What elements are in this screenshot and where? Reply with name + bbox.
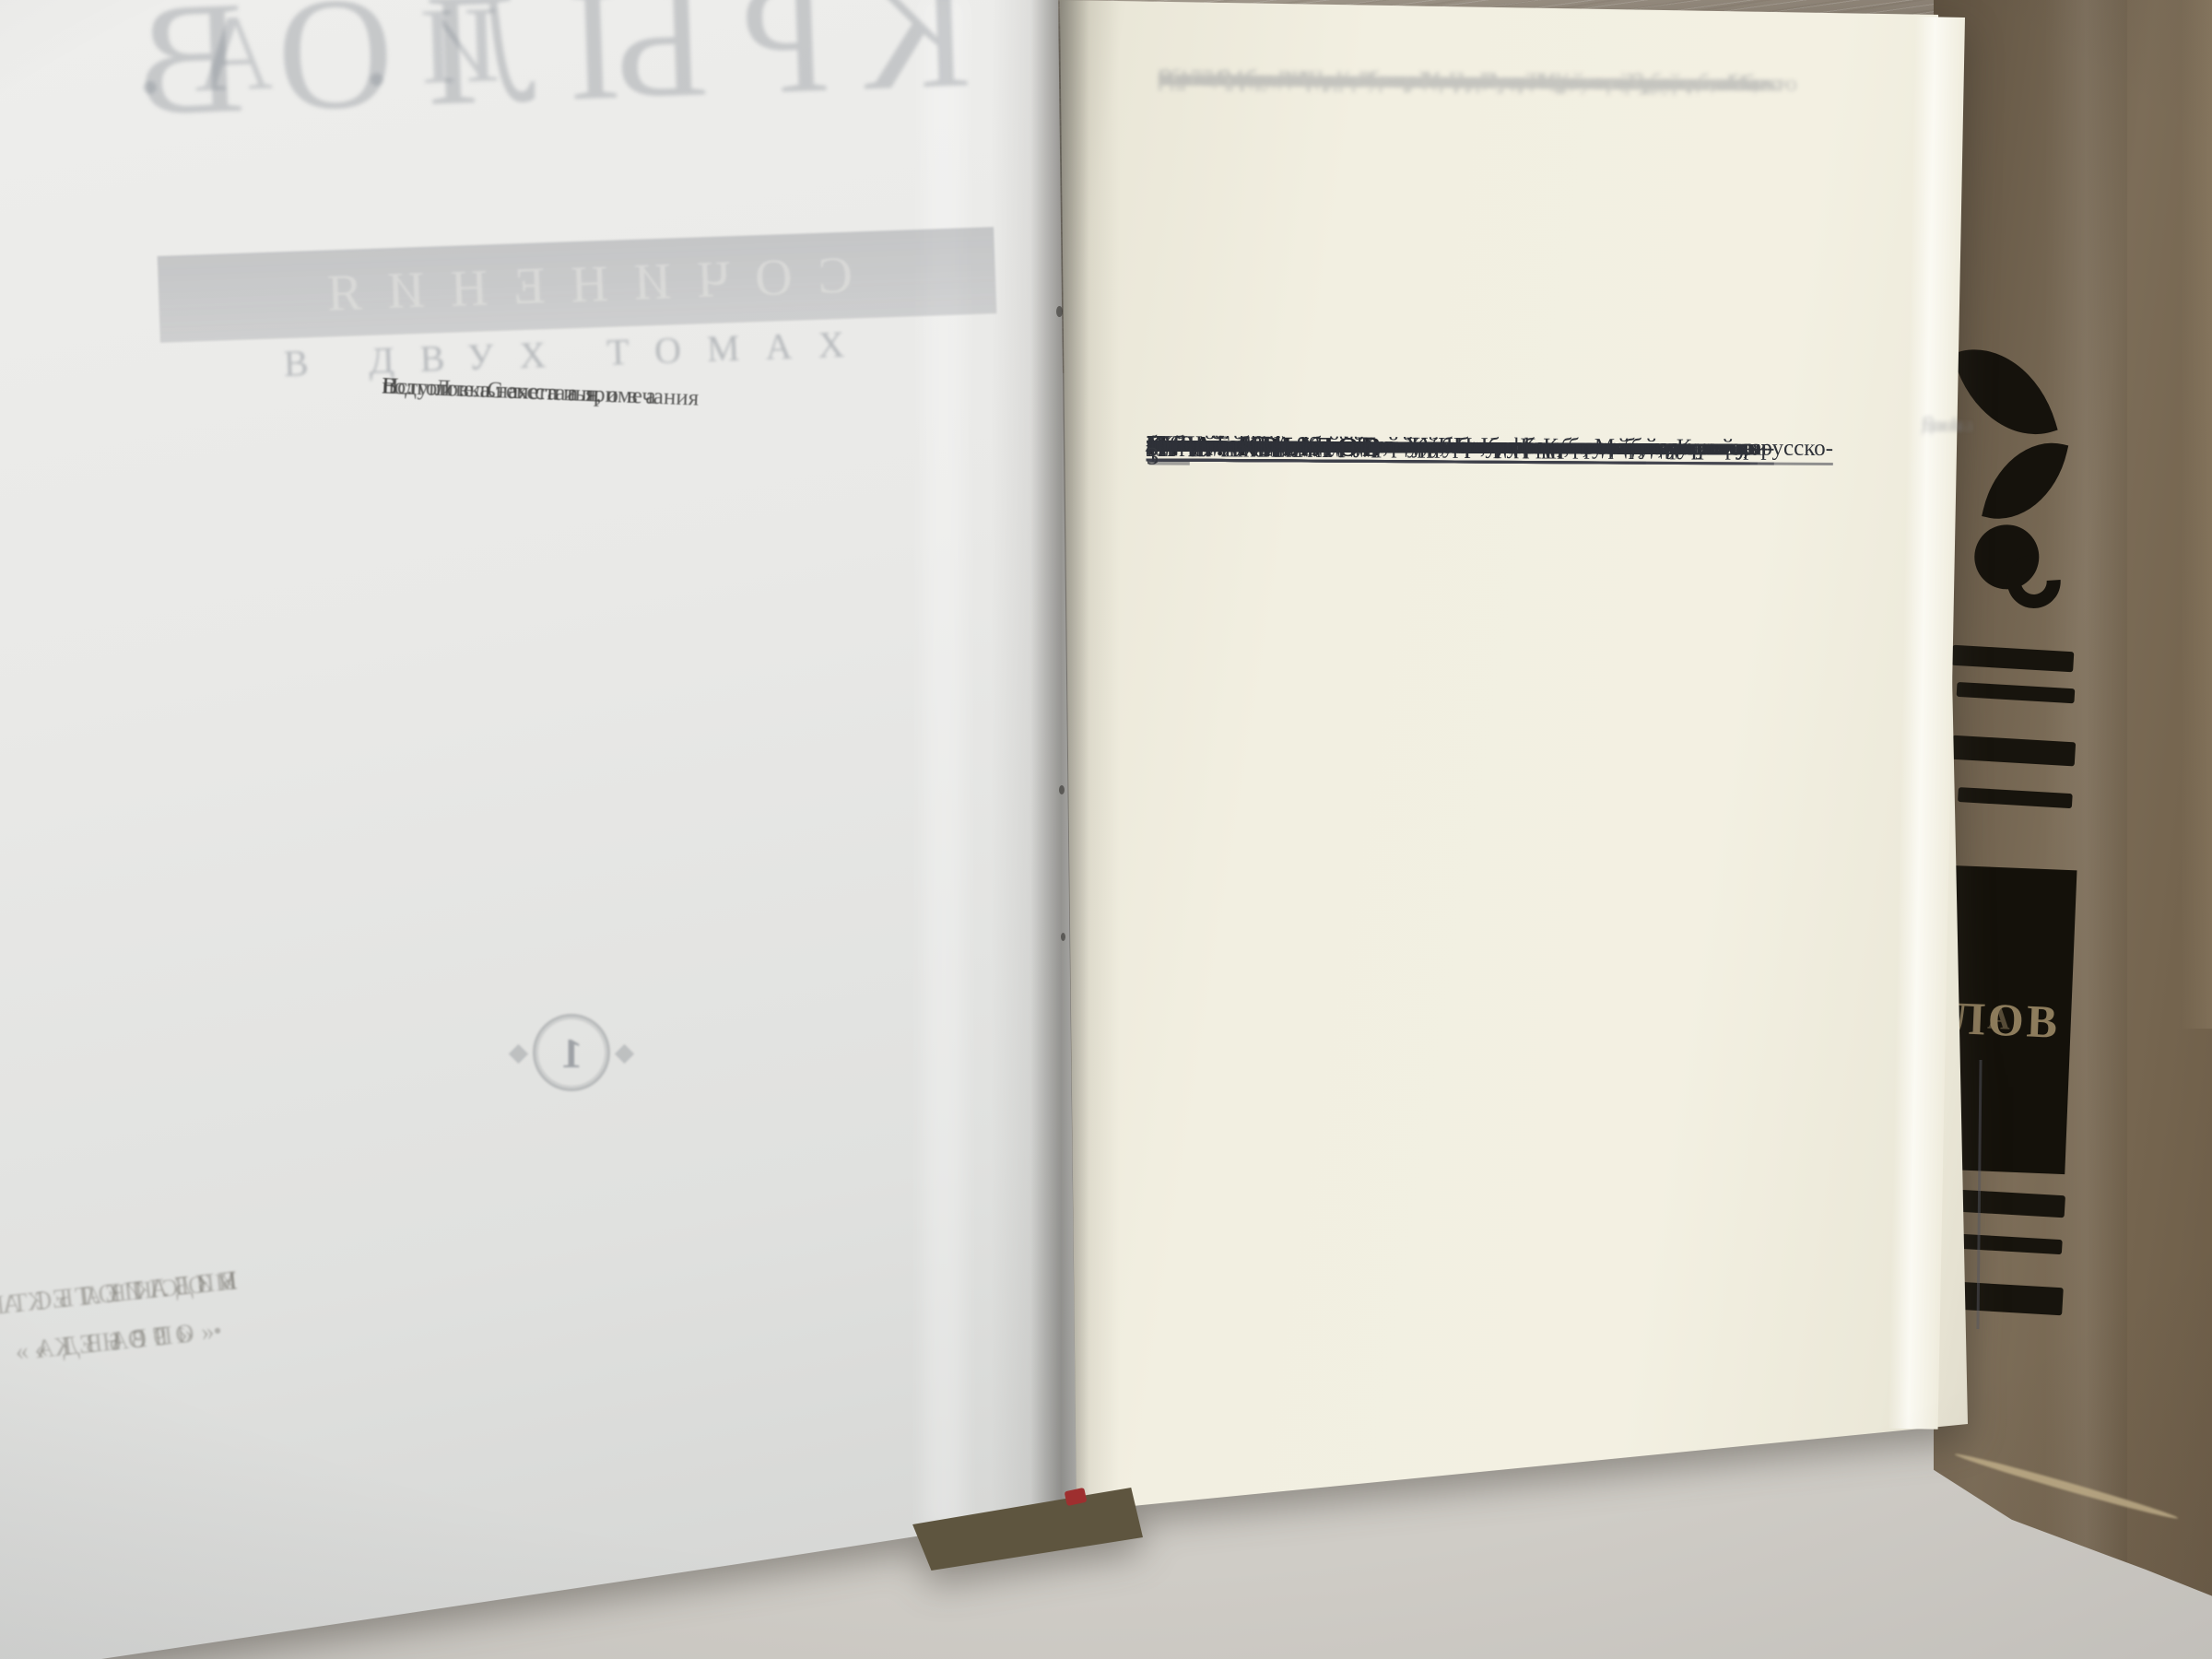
text-segment: го Крылова, с детских лет узнавшего лише… — [1147, 430, 1693, 461]
binding-stitch — [1059, 785, 1065, 794]
credit-editor-name: Н. Л. Степанова — [382, 368, 665, 415]
volume-number-emblem: 1 — [533, 1014, 610, 1091]
emblem-diamond — [509, 1044, 528, 1064]
ghost-margin-fragment: до- — [1922, 413, 1950, 465]
emblem-diamond — [615, 1044, 634, 1064]
binding-stitch — [1061, 933, 1065, 941]
volume-number: 1 — [561, 1029, 582, 1077]
left-page: И. А. КРЫЛОВ СОЧИНЕНИЯ В ДВУХ ТОМАХ Всту… — [0, 0, 1078, 1659]
page-number: 3 — [1147, 442, 1159, 469]
ghost-text-line: кого образования, но умной от природы». — [1158, 65, 1566, 95]
show-through-band-text: СОЧИНЕНИЯ — [300, 246, 853, 324]
imprint-line: МОСКВА • 1956 — [72, 1257, 244, 1370]
photo-of-open-book: А. ЛОВ И. А. КРЫЛОВ СОЧИНЕНИЯ В ДВУХ ТОМ… — [0, 0, 2212, 1659]
right-page — [1046, 0, 1977, 1530]
book-gutter-shadow — [1030, 0, 1089, 1525]
show-through-author-surname: КРЫЛОВ — [100, 0, 973, 154]
show-through-imprint: БИБЛИОТЕКА «ОГОНЕК» ИЗДАТЕЛЬСТВО «ПРАВДА… — [234, 1180, 977, 1258]
pencil-margin-line — [1976, 1060, 1982, 1329]
binding-stitch — [1056, 306, 1063, 317]
open-book: И. А. КРЫЛОВ СОЧИНЕНИЯ В ДВУХ ТОМАХ Всту… — [0, 0, 2212, 1659]
